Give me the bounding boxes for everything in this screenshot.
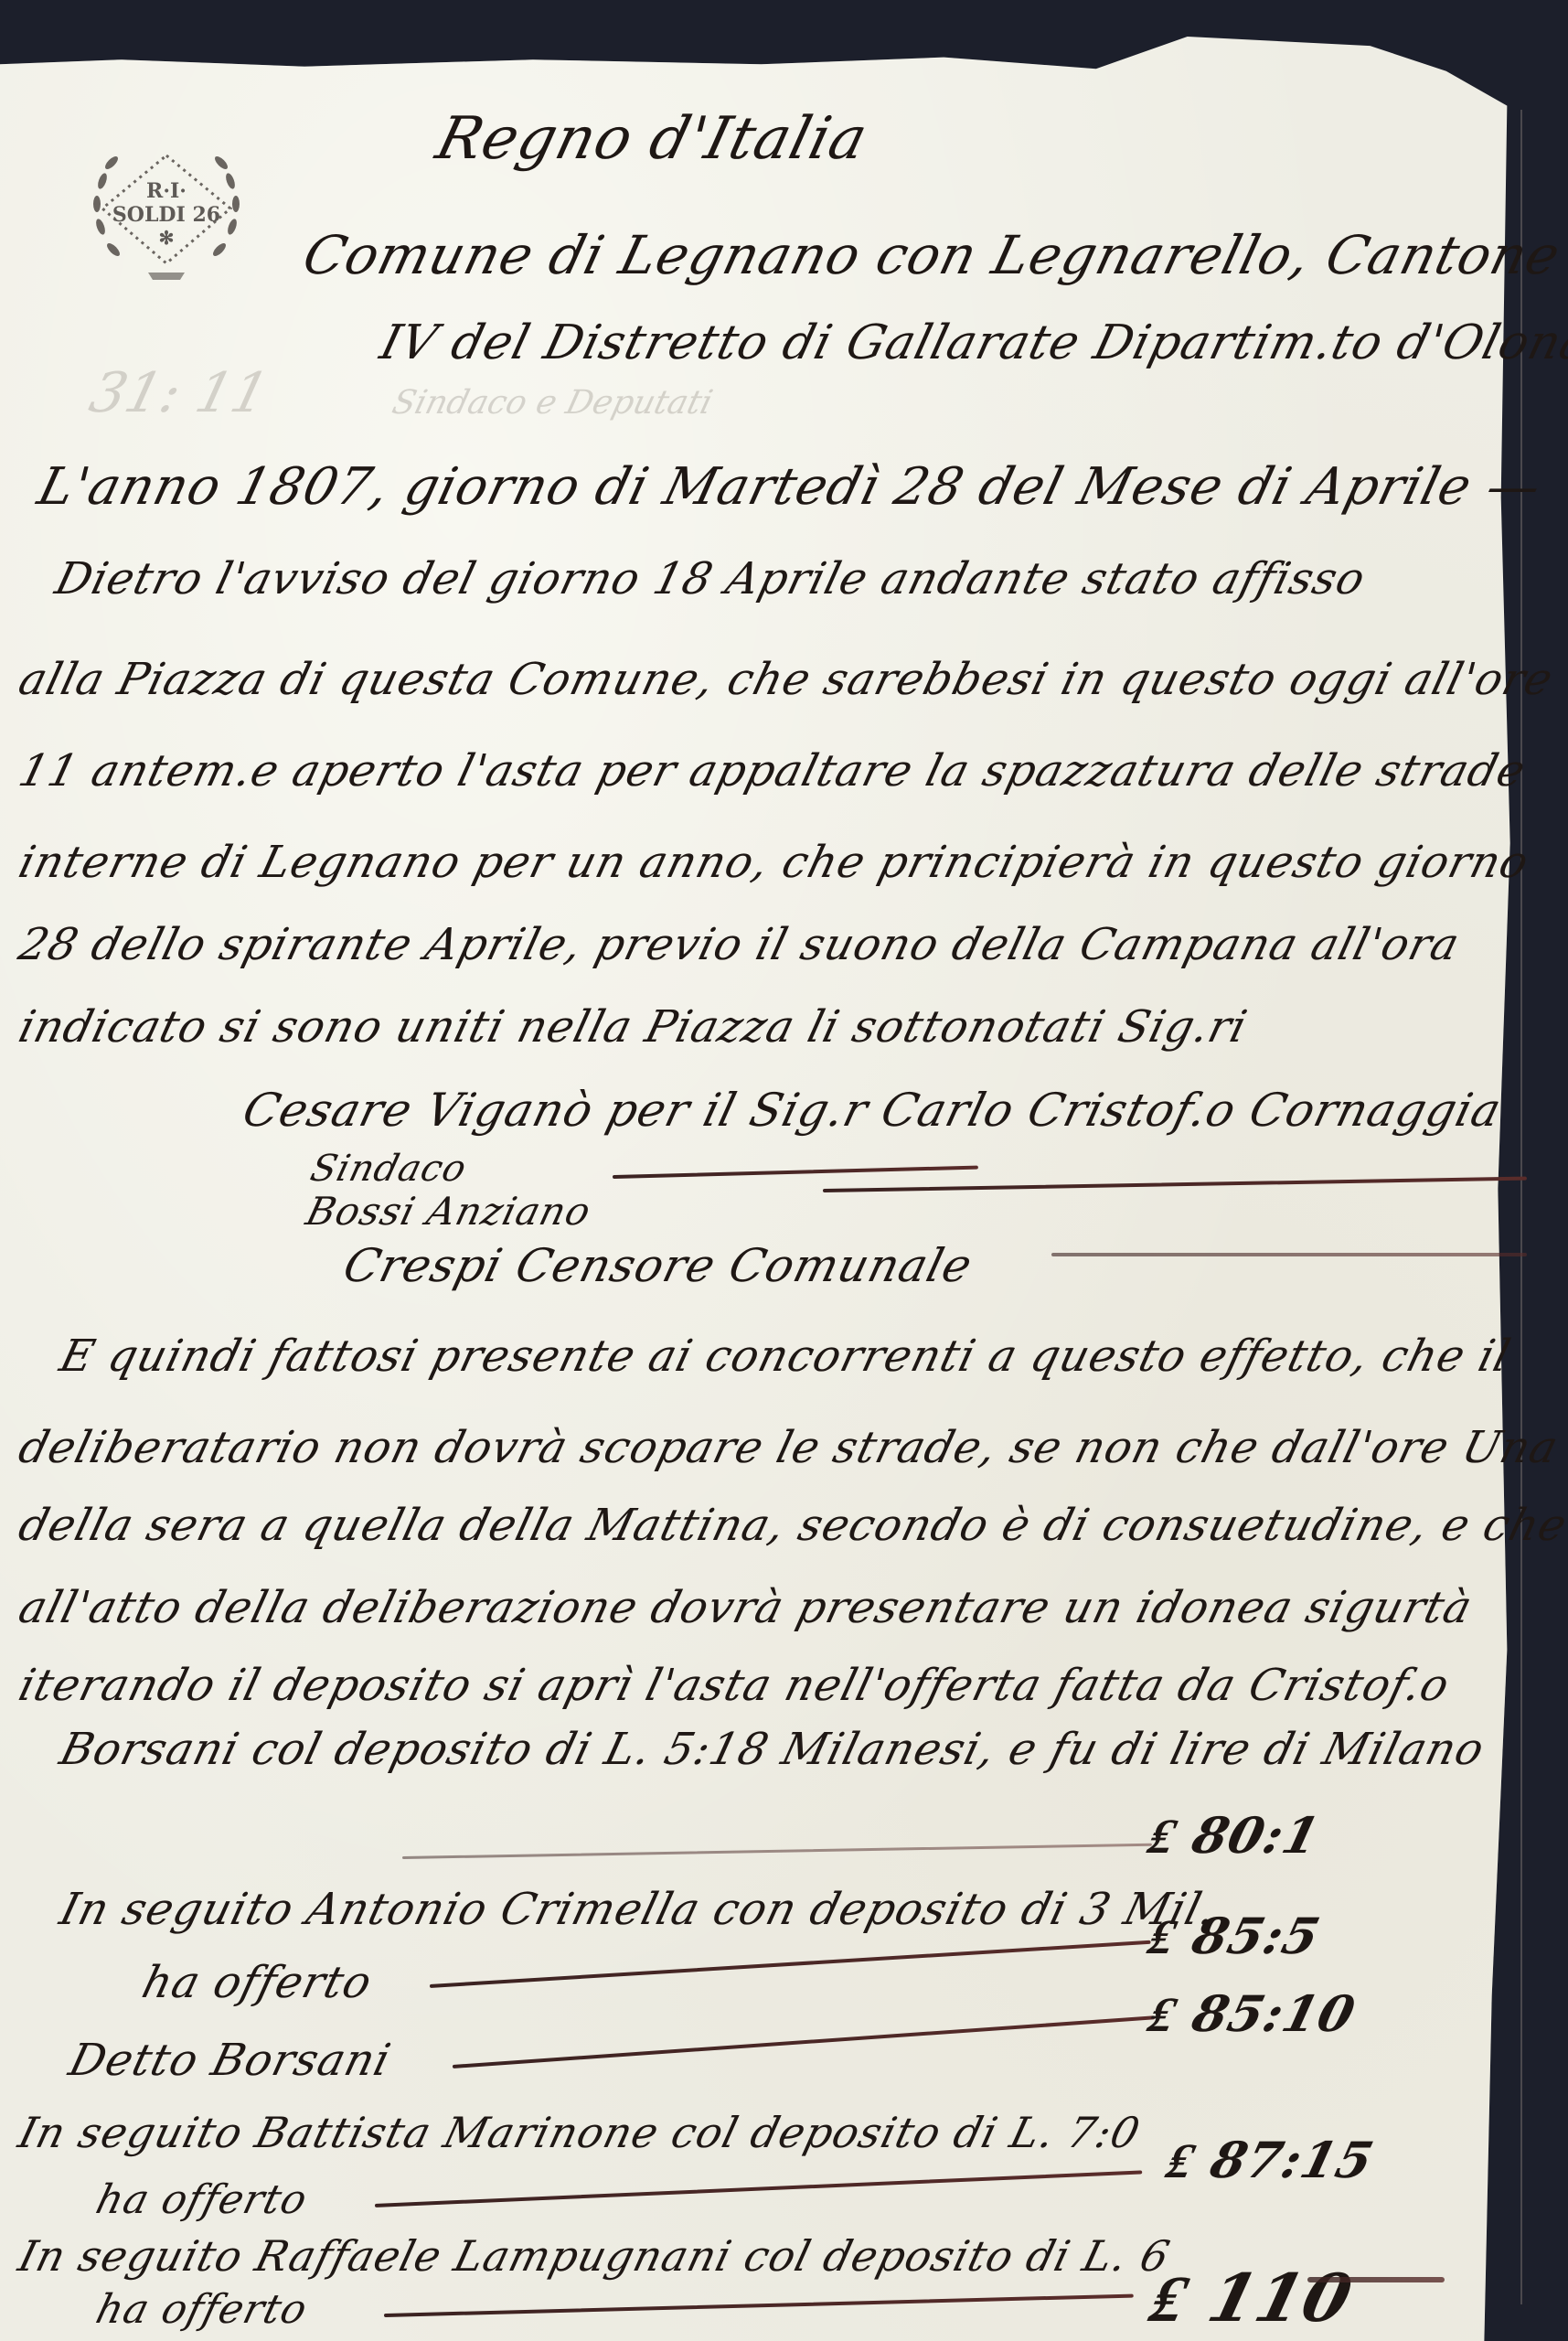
body-line: 11 antem.e aperto l'asta per appaltare l… [14,745,1531,796]
conditions-line: Borsani col deposito di L. 5:18 Milanesi… [55,1724,1489,1775]
official-censore: Crespi Censore Comunale [338,1239,978,1292]
body-line: Dietro l'avviso del giorno 18 Aprile and… [50,553,1371,604]
officials-line: Cesare Viganò per il Sig.r Carlo Cristof… [238,1084,1507,1137]
tax-stamp: R·I· SOLDI 26 ✻ [84,135,249,291]
bid-label: In seguito Raffaele Lampugnani col depos… [14,2231,1175,2281]
document-title: Regno d'Italia [430,105,874,173]
body-line: 28 dello spirante Aprile, previo il suon… [14,919,1465,970]
bid-amount-final: ₤ 110 [1143,2259,1360,2337]
official-anziano: Bossi Anziano [302,1189,596,1234]
stamp-ornament-icon: ✻ [84,227,249,249]
signature-rule [1051,1253,1527,1256]
body-line-date: L'anno 1807, giorno di Martedì 28 del Me… [32,457,1547,517]
stamp-value: SOLDI 26 [84,203,249,227]
bid-label: In seguito Antonio Crimella con deposito… [55,1884,1222,1935]
stamp-line-1: R·I· [84,179,249,203]
conditions-line: E quindi fattosi presente ai concorrenti… [55,1331,1516,1382]
body-line: indicato si sono uniti nella Piazza li s… [14,1001,1253,1053]
bid-sublabel: ha offerto [91,2176,313,2223]
conditions-line: deliberatario non dovrà scopare le strad… [14,1422,1563,1473]
body-line: interne di Legnano per un anno, che prin… [14,837,1534,888]
paper-fold-edge [1520,110,1522,2304]
bid-rule [1307,2277,1445,2282]
bid-sublabel: ha offerto [91,2286,313,2333]
bid-sublabel: ha offerto [137,1957,378,2008]
conditions-line: all'atto della deliberazione dovrà prese… [14,1582,1477,1633]
body-line: alla Piazza di questa Comune, che sarebb… [14,654,1558,705]
bid-label: In seguito Battista Marinone col deposit… [14,2108,1146,2157]
bid-amount: ₤ 80:1 [1143,1806,1326,1865]
official-role: Sindaco [306,1148,471,1190]
heading-commune: Comune di Legnano con Legnarello, Canton… [297,224,1567,286]
bid-amount: ₤ 87:15 [1161,2131,1380,2189]
bleed-through-number: 31: 11 [83,361,274,425]
conditions-line: della sera a quella della Mattina, secon… [14,1500,1568,1551]
bid-amount: ₤ 85:5 [1143,1907,1326,1965]
conditions-line: iterando il deposito si aprì l'asta nell… [14,1660,1455,1711]
bid-label: Detto Borsani [64,2035,396,2086]
bleed-through-text: Sindaco e Deputati [389,384,716,422]
heading-district: IV del Distretto di Gallarate Dipartim.t… [375,315,1568,370]
bid-amount: ₤ 85:10 [1143,1984,1361,2043]
